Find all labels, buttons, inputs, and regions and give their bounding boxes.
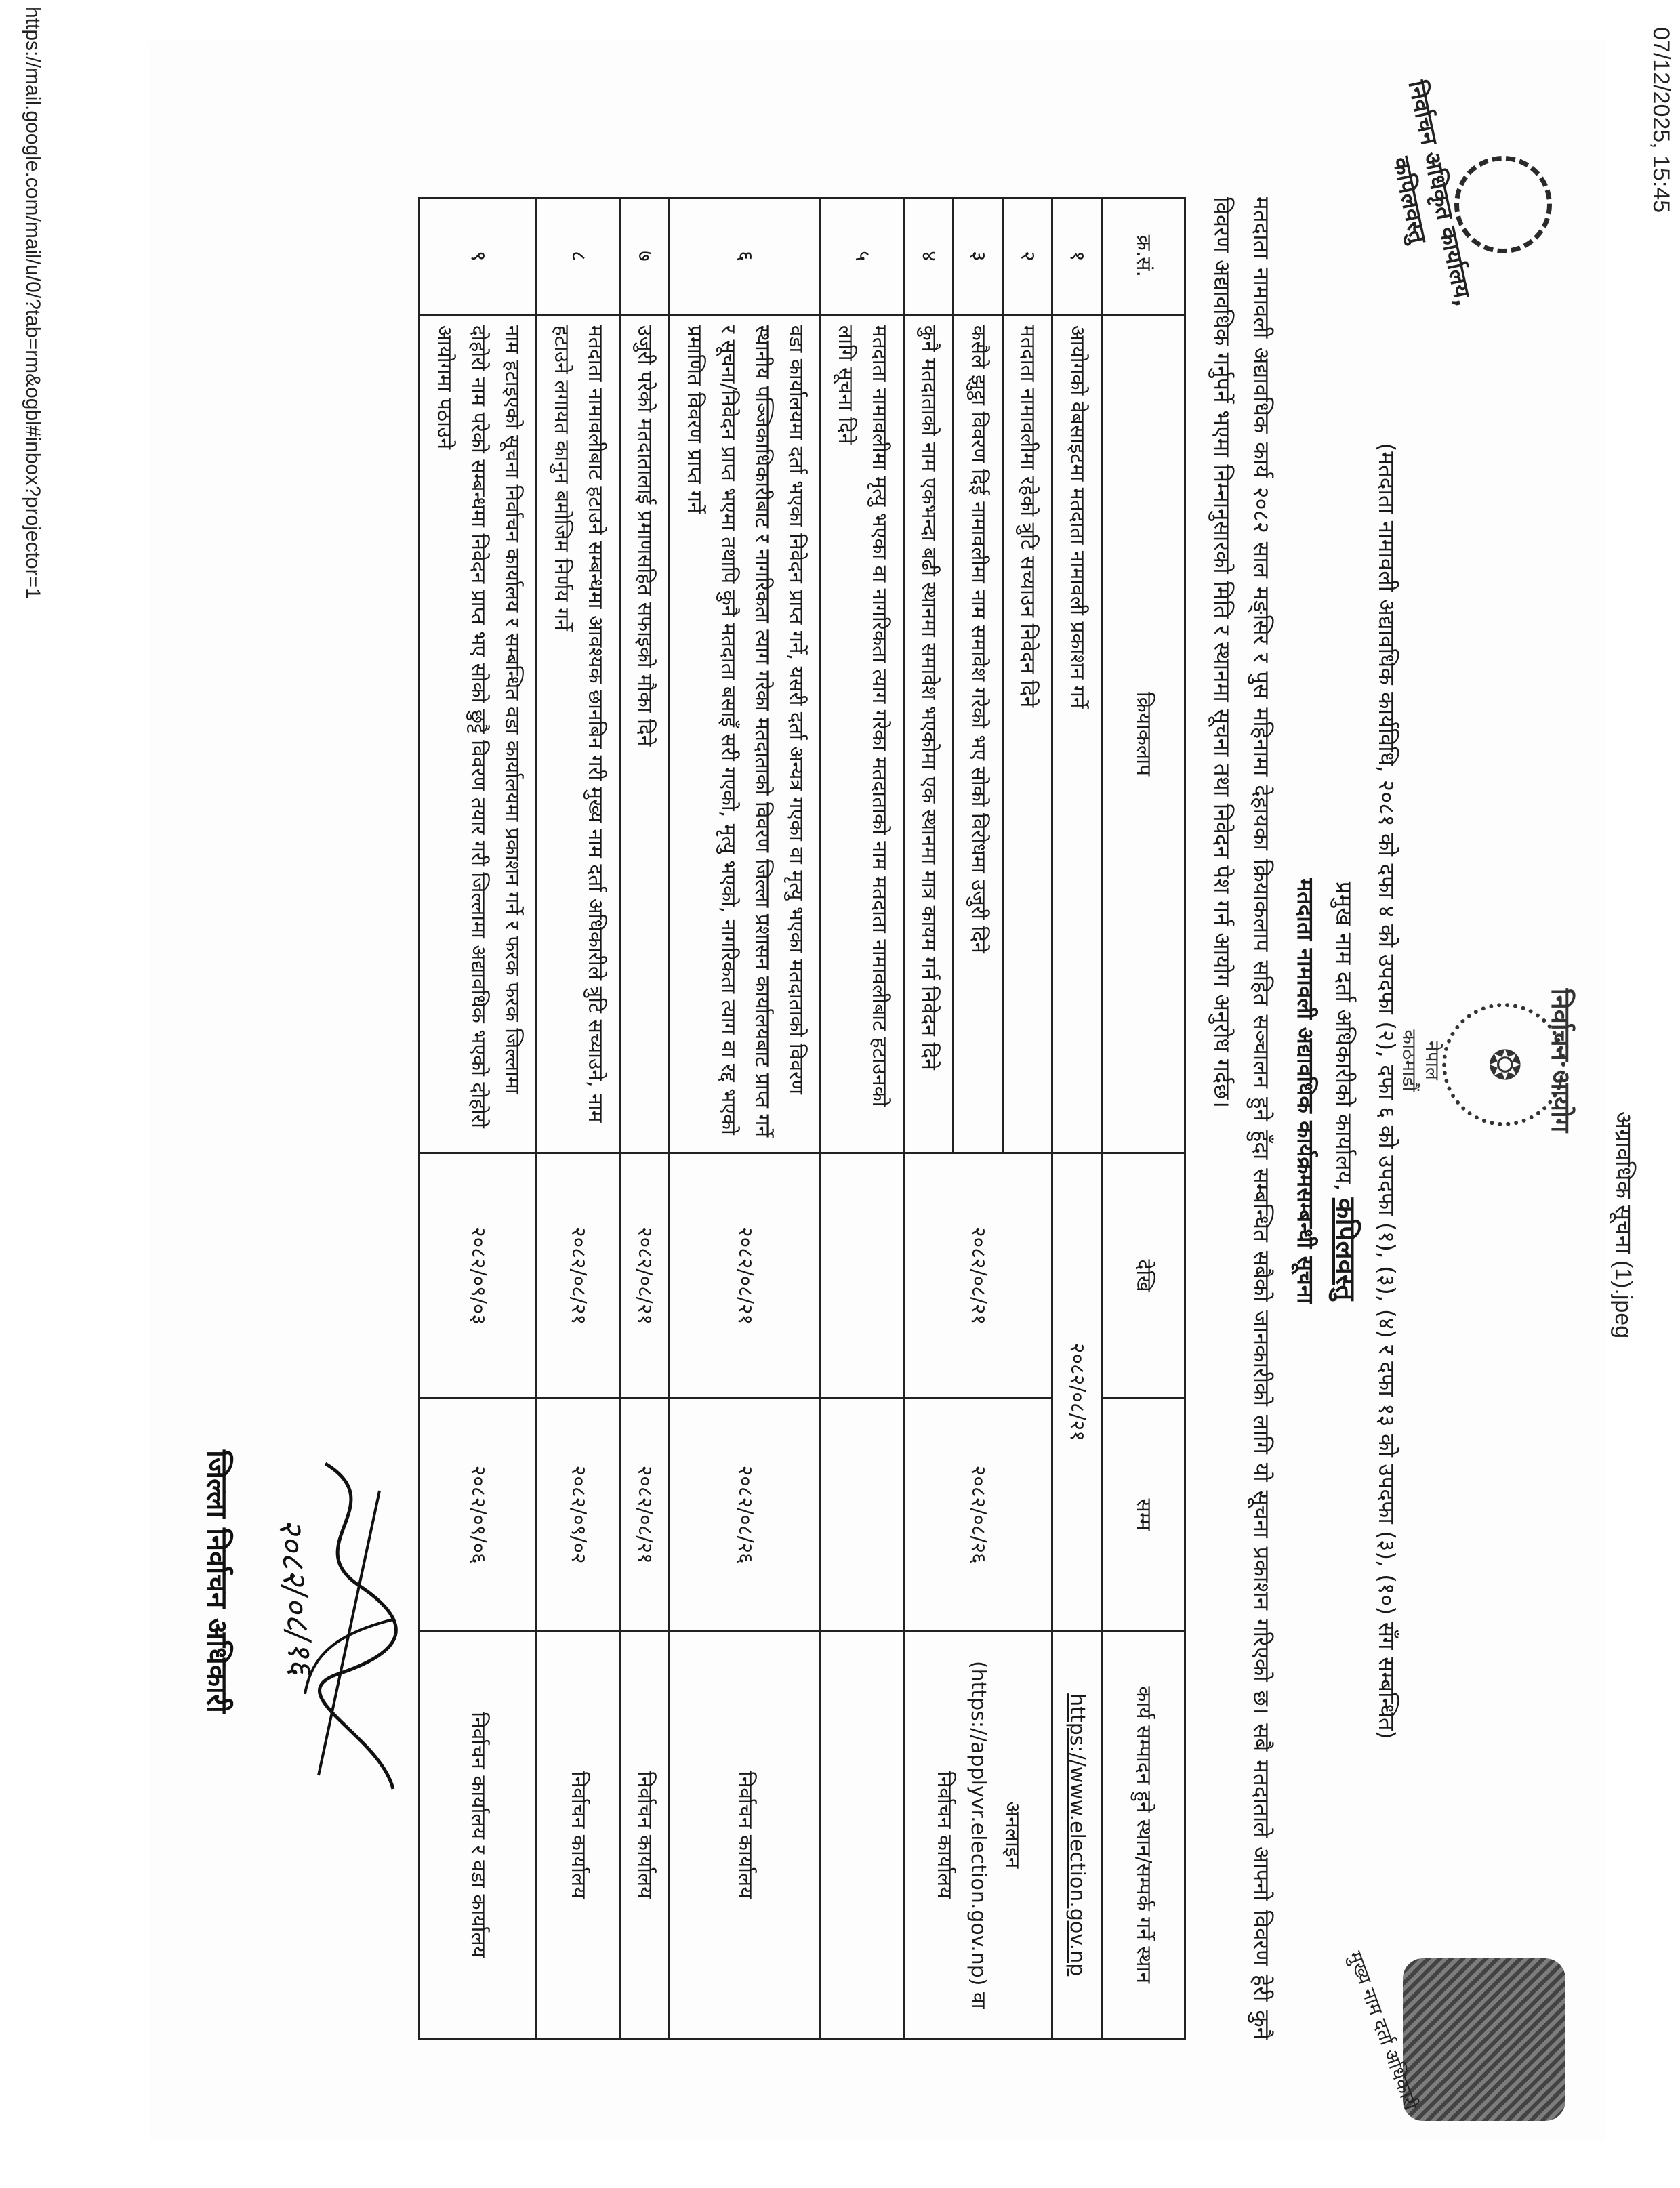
cell-activity: कुनै मतदाताको नाम एकभन्दा बढी स्थानमा सम… bbox=[904, 314, 954, 1153]
cell-to: २०८२/०८/२६ bbox=[904, 1398, 1052, 1631]
cell-sn: २ bbox=[1003, 198, 1052, 315]
table-row: ७ उजुरी परेको मतदातालाई प्रमाणसहित सफाइक… bbox=[620, 198, 670, 2039]
election-commission-emblem-icon: ❂ bbox=[1442, 1003, 1565, 1126]
cell-sn: ३ bbox=[954, 198, 1003, 315]
table-row: ९ नाम हटाइएको सूचना निर्वाचन कार्यालय र … bbox=[419, 198, 537, 2039]
cell-place: https://www.election.gov.np bbox=[1052, 1631, 1102, 2039]
notice-document: निर्वाचन अधिकृत कार्यालय, कपिलवस्तु निर्… bbox=[149, 41, 1606, 2141]
cell-sn: ६ bbox=[670, 198, 821, 315]
table-header-row: क्र.सं. क्रियाकलाप देखि सम्म कार्य सम्पा… bbox=[1102, 198, 1185, 2039]
header-activity: क्रियाकलाप bbox=[1102, 314, 1185, 1153]
cell-sn: १ bbox=[1052, 198, 1102, 315]
office-stamp-right-icon bbox=[1403, 1958, 1565, 2121]
table-row: २ मतदाता नामावलीमा रहेको त्रुटि सच्याउन … bbox=[1003, 198, 1052, 2039]
cell-activity: मतदाता नामावलीमा रहेको त्रुटि सच्याउन नि… bbox=[1003, 314, 1052, 1153]
cell-from: २०८२/०८/२१ bbox=[1052, 1153, 1102, 1631]
signatory-title: जिल्ला निर्वाचन अधिकारी bbox=[199, 1450, 237, 1713]
emblem-glyph-icon: ❂ bbox=[1480, 1048, 1528, 1081]
cell-to: २०८२/०८/२१ bbox=[620, 1398, 670, 1631]
table-row: १ आयोगको वेबसाइटमा मतदाता नामावली प्रकाश… bbox=[1052, 198, 1102, 2039]
table-row: ६ वडा कार्यालयमा दर्ता भएका निवेदन प्राप… bbox=[670, 198, 821, 2039]
notice-title: मतदाता नामावली अद्यावधिक कार्यक्रमसम्बन्… bbox=[1291, 190, 1322, 1992]
cell-sn: ५ bbox=[821, 198, 904, 315]
table-row: ५ मतदाता नामावलीमा मृत्यु भएका वा नागरिक… bbox=[821, 198, 904, 2039]
header-sn: क्र.सं. bbox=[1102, 198, 1185, 315]
cell-place: निर्वाचन कार्यालय bbox=[670, 1631, 821, 2039]
cell-place: निर्वाचन कार्यालय bbox=[537, 1631, 620, 2039]
print-file-name: अग्रावधिक सूचना (1).jpeg bbox=[1609, 1111, 1640, 1338]
cell-activity: आयोगको वेबसाइटमा मतदाता नामावली प्रकाशन … bbox=[1052, 314, 1102, 1153]
cell-sn: ८ bbox=[537, 198, 620, 315]
stamp-emblem-icon bbox=[1454, 156, 1552, 253]
cell-activity: नाम हटाइएको सूचना निर्वाचन कार्यालय र सम… bbox=[419, 314, 537, 1153]
cell-from: २०८२/०८/२१ bbox=[537, 1153, 620, 1399]
header-from: देखि bbox=[1102, 1153, 1185, 1399]
print-timestamp: 07/12/2025, 15:45 bbox=[1647, 27, 1674, 213]
schedule-table: क्र.सं. क्रियाकलाप देखि सम्म कार्य सम्पा… bbox=[418, 197, 1186, 2040]
commission-address: नेपाल काठमाडौं bbox=[1397, 935, 1443, 1186]
cell-to bbox=[821, 1398, 904, 1631]
cell-from bbox=[821, 1153, 904, 1399]
cell-place: निर्वाचन कार्यालय bbox=[620, 1631, 670, 2039]
commission-country: नेपाल bbox=[1420, 935, 1443, 1186]
cell-from: २०८२/०९/०३ bbox=[419, 1153, 537, 1399]
print-url: https://mail.google.com/mail/u/0/?tab=rm… bbox=[21, 7, 44, 599]
office-name: कपिलवस्तु bbox=[1330, 1198, 1361, 1301]
cell-sn: ७ bbox=[620, 198, 670, 315]
document-page-wrapper: निर्वाचन अधिकृत कार्यालय, कपिलवस्तु निर्… bbox=[149, 41, 1606, 2141]
table-row: ८ मतदाता नामावलीबाट हटाउने सम्बन्धमा आवश… bbox=[537, 198, 620, 2039]
cell-to: २०८२/०९/०६ bbox=[419, 1398, 537, 1631]
header-place: कार्य सम्पादन हुने स्थान/सम्पर्क गर्ने स… bbox=[1102, 1631, 1185, 2039]
election-website-link[interactable]: https://www.election.gov.np bbox=[1065, 1693, 1089, 1976]
cell-sn: ९ bbox=[419, 198, 537, 315]
cell-from: २०८२/०८/२१ bbox=[670, 1153, 821, 1399]
cell-to: २०८२/०८/२६ bbox=[670, 1398, 821, 1631]
cell-sn: ४ bbox=[904, 198, 954, 315]
cell-to: २०८२/०९/०२ bbox=[537, 1398, 620, 1631]
intro-paragraph: मतदाता नामावली अद्यावधिक कार्य २०८२ साल … bbox=[1202, 197, 1281, 2040]
cell-activity: कसैले झुट्ठा विवरण दिई नामावलीमा नाम समा… bbox=[954, 314, 1003, 1153]
cell-activity: उजुरी परेको मतदातालाई प्रमाणसहित सफाइको … bbox=[620, 314, 670, 1153]
cell-activity: मतदाता नामावलीबाट हटाउने सम्बन्धमा आवश्य… bbox=[537, 314, 620, 1153]
cell-from: २०८२/०८/२१ bbox=[904, 1153, 1052, 1399]
office-prefix: प्रमुख नाम दर्ता अधिकारीको कार्यालय, bbox=[1331, 882, 1357, 1191]
office-stamp-left: निर्वाचन अधिकृत कार्यालय, कपिलवस्तु bbox=[1382, 54, 1559, 339]
cell-from: २०८२/०८/२१ bbox=[620, 1153, 670, 1399]
cell-place bbox=[821, 1631, 904, 2039]
cell-activity: वडा कार्यालयमा दर्ता भएका निवेदन प्राप्त… bbox=[670, 314, 821, 1153]
cell-place: निर्वाचन कार्यालय र वडा कार्यालय bbox=[419, 1631, 537, 2039]
cell-place: अनलाइन (https://applyvr.election.gov.np)… bbox=[904, 1631, 1052, 2039]
legal-basis-line: (मतदाता नामावली अद्यावधिक कार्यविधि, २०८… bbox=[1372, 190, 1403, 1992]
header-to: सम्म bbox=[1102, 1398, 1185, 1631]
office-line: प्रमुख नाम दर्ता अधिकारीको कार्यालय, कपि… bbox=[1328, 190, 1366, 1992]
cell-activity: मतदाता नामावलीमा मृत्यु भएका वा नागरिकता… bbox=[821, 314, 904, 1153]
